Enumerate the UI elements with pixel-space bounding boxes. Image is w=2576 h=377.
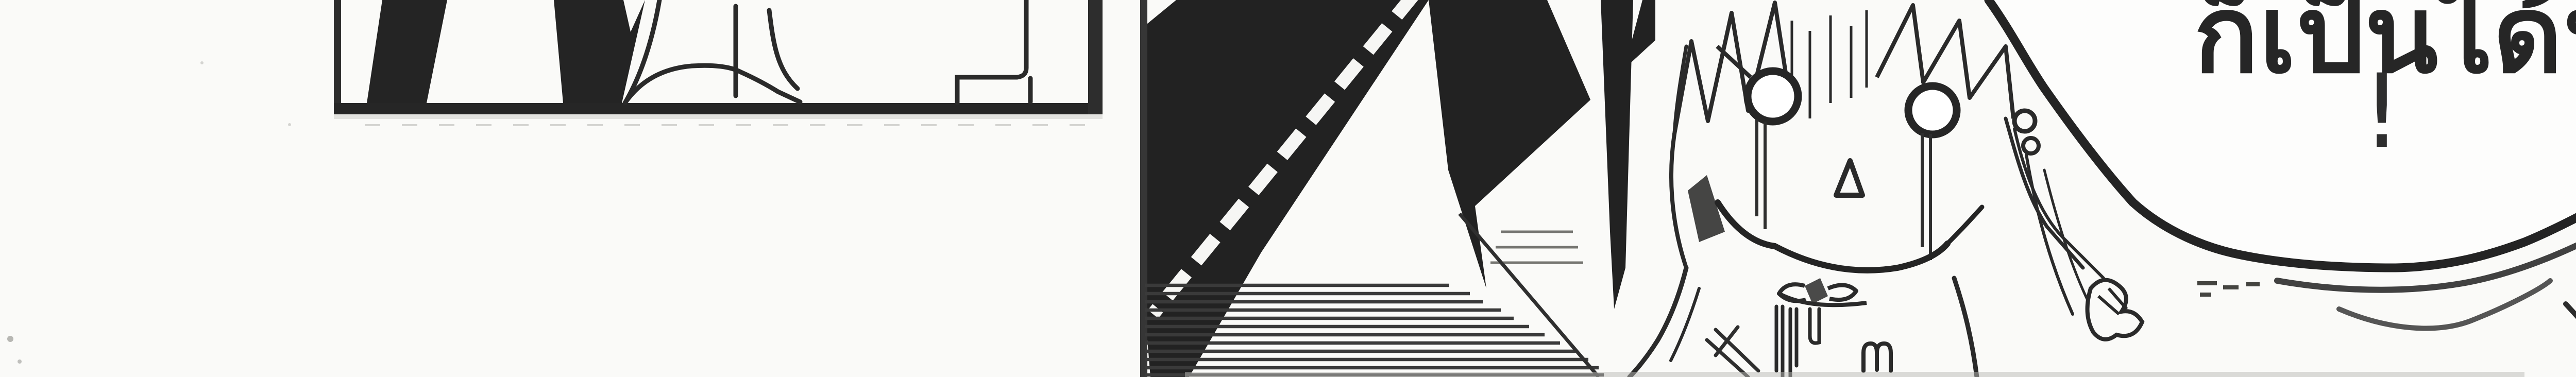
triangle-mouth	[1836, 161, 1862, 195]
black-diagonal-shape-left	[1147, 0, 1429, 377]
hair-spikes	[1674, 3, 2013, 134]
ribbon-tails	[1776, 306, 1819, 377]
manga-artwork	[0, 0, 2576, 377]
scan-specks	[7, 61, 291, 364]
hair-bead-2	[2023, 138, 2039, 153]
right-eye-ring	[1908, 86, 1957, 134]
main-panel-border-left	[1140, 0, 1147, 377]
cloth-fold-squiggle	[1863, 344, 1891, 371]
boot-outline	[625, 0, 800, 103]
sleeve-hatch	[1707, 327, 1758, 377]
left-panel-border-left	[334, 0, 341, 110]
hair-strand-lines	[1792, 10, 1867, 118]
hair-side-locks	[1671, 46, 2104, 330]
speed-lines-upper	[1490, 232, 1583, 263]
hair-black-band	[1601, 0, 1633, 309]
bottom-scan-smudge	[1185, 372, 2524, 377]
hair-bead-1	[2014, 111, 2035, 131]
left-eye-ring	[1748, 71, 1798, 122]
neck-ribbon	[1776, 278, 1867, 377]
bubble-dash-cluster	[2197, 283, 2260, 295]
left-panel-scan-bleed	[334, 114, 1103, 119]
left-panel	[334, 0, 1103, 125]
left-panel-border-right	[1088, 0, 1103, 114]
hand	[2088, 280, 2142, 339]
left-panel-border-bottom	[334, 103, 1103, 114]
heel-step-outline	[957, 0, 1030, 103]
manga-page: ก็เป็นได้นะ !	[0, 0, 2576, 377]
speech-bubble-exclamation: !	[2343, 61, 2420, 163]
black-leg-shape-1	[367, 0, 447, 103]
